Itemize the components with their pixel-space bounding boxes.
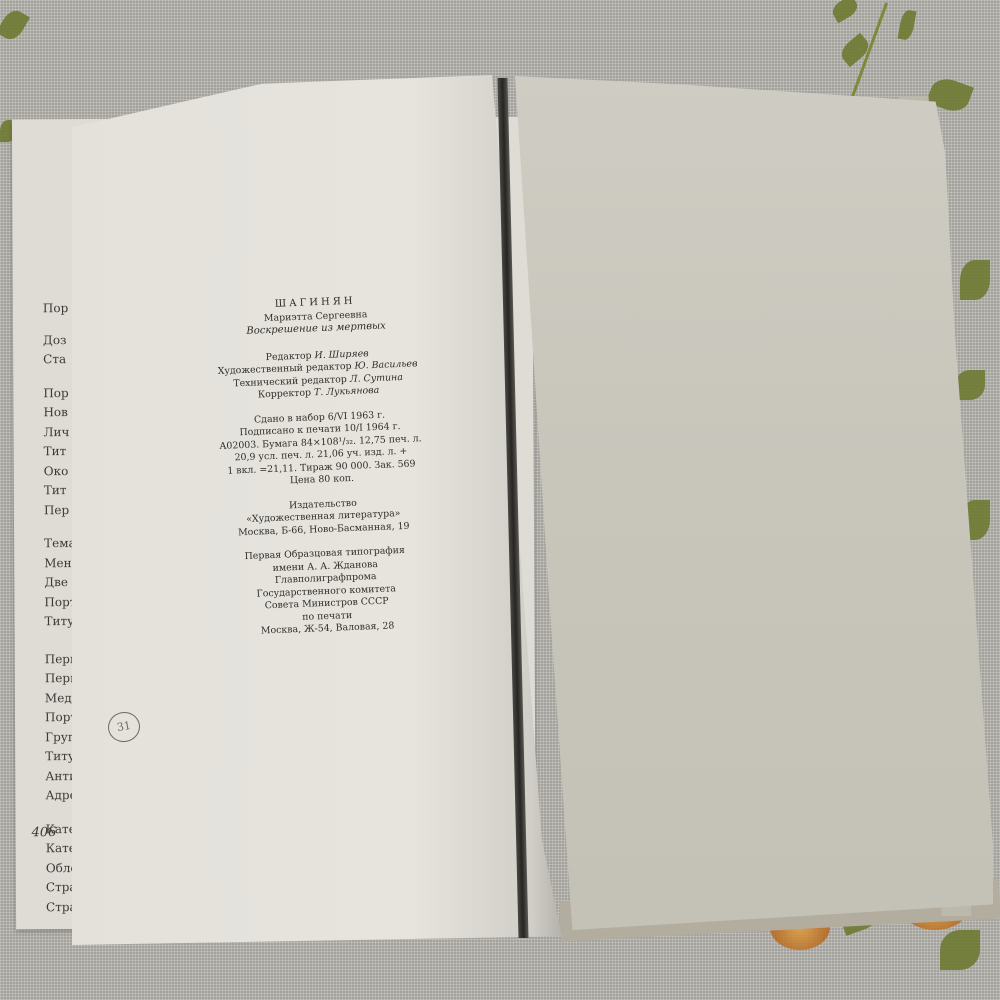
print-data: Сдано в набор 6/VI 1963 г. Подписано к п…	[194, 407, 447, 492]
printer-info: Первая Образцовая типография имени А. А.…	[200, 543, 453, 640]
embroidered-leaf	[898, 9, 917, 41]
page-number: 406	[32, 825, 57, 840]
embroidered-leaf	[0, 7, 30, 44]
embroidered-leaf	[955, 370, 985, 400]
embroidered-leaf	[960, 260, 990, 300]
embroidered-leaf	[829, 0, 861, 23]
embroidered-leaf	[940, 930, 980, 970]
blank-endpaper	[515, 76, 993, 930]
colophon-text: ШАГИНЯН Мариэтта Сергеевна Воскрешение и…	[190, 292, 453, 640]
